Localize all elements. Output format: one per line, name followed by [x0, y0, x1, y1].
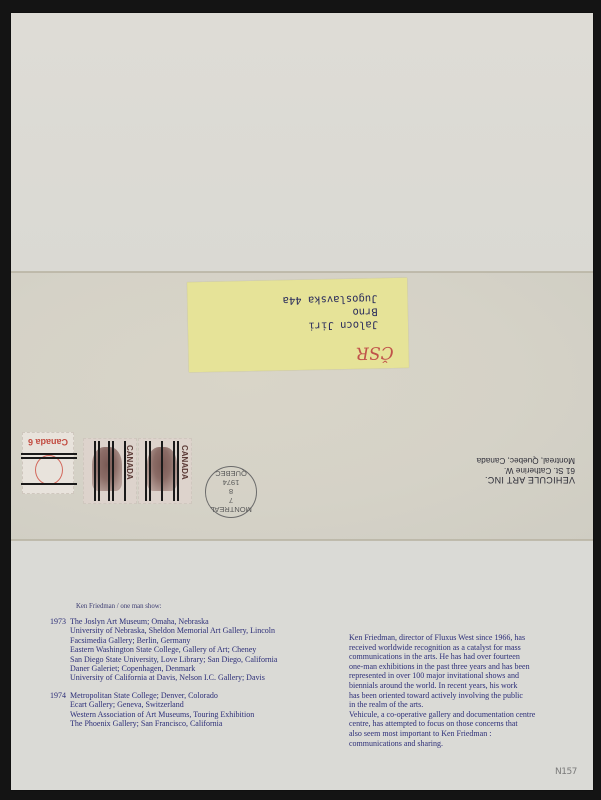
year-group: 1973 The Joslyn Art Museum; Omaha, Nebra…	[50, 617, 340, 683]
archive-reference-number: N157	[555, 767, 577, 777]
exhibition-item: San Diego State University, Love Library…	[70, 655, 340, 664]
exhibition-item: Metropolitan State College; Denver, Colo…	[70, 691, 340, 700]
precancel-bar	[21, 483, 77, 485]
precancel-bar	[21, 457, 77, 459]
year-group: 1974 Metropolitan State College; Denver,…	[50, 691, 340, 729]
postage-stamp-brown: CANADA	[83, 438, 137, 504]
fold-line	[11, 539, 593, 541]
label-line: Jalocn Jiri	[283, 317, 378, 332]
exhibition-item: University of California at Davis, Nelso…	[70, 673, 340, 682]
label-line: Jugoslavska 44a	[283, 291, 378, 306]
handwritten-country: ČSR	[356, 345, 394, 359]
exhibition-item: Facsimedia Gallery; Berlin, Germany	[70, 636, 340, 645]
postage-stamp-red: Canada 6	[22, 432, 74, 494]
postage-stamp-brown: CANADA	[138, 438, 192, 504]
address-label: ČSR Jalocn Jiri Brno Jugoslavska 44a	[187, 278, 409, 373]
stamp-emblem-icon	[35, 455, 63, 485]
exhibition-item: Ecart Gallery; Geneva, Switzerland	[70, 700, 340, 709]
exhibition-item: University of Nebraska, Sheldon Memorial…	[70, 626, 340, 635]
sender-name: VEHICULE ART INC.	[450, 475, 575, 485]
exhibition-heading: Ken Friedman / one man show:	[76, 603, 162, 610]
year-label: 1974	[50, 691, 70, 729]
exhibition-item: The Phoenix Gallery; San Francisco, Cali…	[70, 719, 340, 728]
exhibition-item: Western Association of Art Museums, Tour…	[70, 710, 340, 719]
label-line: Brno	[283, 304, 378, 319]
stamp-portrait-icon	[92, 447, 122, 491]
return-address: VEHICULE ART INC. 61 St. Catherine W. Mo…	[450, 455, 575, 505]
top-panel-blank	[11, 13, 593, 272]
fold-line	[11, 271, 593, 273]
bio-paragraph: Ken Friedman, director of Fluxus West si…	[349, 633, 589, 748]
year-label: 1973	[50, 617, 70, 683]
exhibition-item: The Joslyn Art Museum; Omaha, Nebraska	[70, 617, 340, 626]
sender-street: 61 St. Catherine W.	[450, 465, 575, 475]
postmark: MONTREAL 7 8 1974 QUEBEC	[205, 466, 257, 518]
exhibition-item: Eastern Washington State College, Galler…	[70, 645, 340, 654]
sender-city: Montreal, Quebec, Canada	[450, 455, 575, 465]
exhibition-item: Daner Galeriet; Copenhagen, Denmark	[70, 664, 340, 673]
precancel-bar	[21, 453, 77, 455]
exhibition-list: 1973 The Joslyn Art Museum; Omaha, Nebra…	[50, 617, 340, 728]
